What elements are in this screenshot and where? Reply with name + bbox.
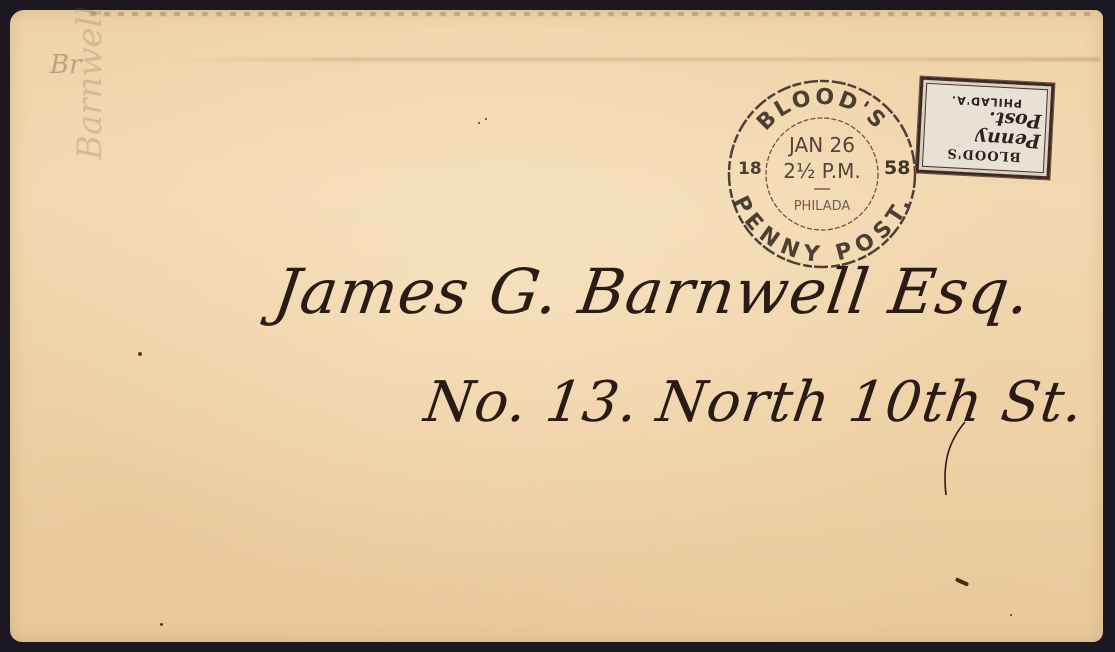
stamp-line-2: Penny Post. xyxy=(928,104,1042,150)
pencil-note-left-margin: Barnwell xyxy=(70,6,110,160)
paper-speck xyxy=(478,122,480,124)
postage-stamp: BLOOD'S Penny Post. PHILAD'A. xyxy=(916,77,1055,180)
handwriting-flourish xyxy=(930,420,970,500)
paper-speck xyxy=(1010,614,1012,616)
stamp-line-3: PHILAD'A. xyxy=(951,94,1023,109)
paper-speck xyxy=(485,118,487,120)
postmark-year-right: 58 xyxy=(884,157,910,179)
postmark: BLOOD'S PENNY POST. 18 58 JAN 26 2½ P.M.… xyxy=(722,74,922,274)
addressee-street: No. 13. North 10th St. xyxy=(420,370,1087,435)
addressee-name: James G. Barnwell Esq. xyxy=(270,255,1036,328)
edge-soiling xyxy=(90,12,1090,16)
fold-crease xyxy=(170,58,1100,61)
postmark-city: PHILADA xyxy=(794,199,851,214)
paper-speck xyxy=(160,623,163,626)
postmark-year-left: 18 xyxy=(738,159,762,179)
postmark-top-arc: BLOOD'S xyxy=(752,85,892,136)
postmark-time: 2½ P.M. xyxy=(783,159,860,183)
postmark-date: JAN 26 xyxy=(787,133,855,157)
paper-speck xyxy=(138,352,142,356)
